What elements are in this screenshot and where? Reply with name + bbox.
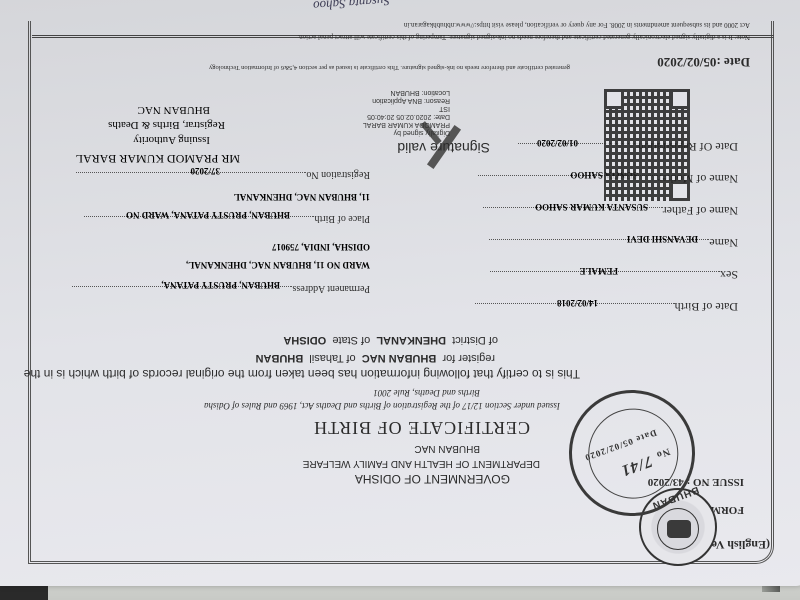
government-heading: GOVERNMENT OF ODISHA bbox=[355, 472, 510, 486]
signature-status: Signature valid bbox=[397, 140, 490, 156]
qr-code[interactable] bbox=[604, 89, 690, 201]
field-registration-no: Registration No 37/2020 bbox=[76, 169, 370, 180]
district-line: of District DHENKANAL of State ODISHA bbox=[283, 334, 498, 346]
department-heading: DEPARTMENT OF HEALTH AND FAMILY WELFARE bbox=[303, 458, 540, 469]
certificate-title: CERTIFICATE OF BIRTH bbox=[313, 417, 530, 438]
registrar-role: Issuing Authority bbox=[133, 134, 210, 146]
field-place-of-birth: Place of Birth BHUBAN, PRUSTY PATANA, WA… bbox=[84, 213, 370, 224]
registrar-name: MR PRAMOD KUMAR BARAL bbox=[76, 151, 240, 166]
signature-meta: Digitally signed by PRAMODA KUMAR BARAL … bbox=[363, 88, 450, 136]
handwritten-signature: Susanta Sahoo bbox=[313, 0, 391, 14]
issued-under-text-2: Births and Deaths, Rule 2001 bbox=[373, 388, 480, 398]
field-name: Name DEVANSHI DEVI bbox=[489, 235, 738, 250]
certificate-sheet: (English Version) FORM NO-7/8 ISSUE NO :… bbox=[0, 0, 800, 586]
note-line-3: Act 2000 and its subsequent amendments i… bbox=[404, 21, 750, 29]
photo-scene: (English Version) FORM NO-7/8 ISSUE NO :… bbox=[0, 0, 800, 600]
registrar-role-2: Registrar, Births & Deaths bbox=[108, 119, 225, 131]
field-dob: Date of Birth 14/02/2018 bbox=[475, 299, 738, 314]
field-father: Name of Father SUSANTA KUMAR SAHOO bbox=[483, 203, 738, 218]
field-sex: Sex FEMALE bbox=[490, 267, 738, 282]
note-line-2: Note: It is a digitally signed electroni… bbox=[297, 33, 750, 41]
note-line-1: generated certificate and therefore need… bbox=[209, 64, 570, 71]
registrar-area: BHUBAN NAC bbox=[138, 104, 210, 116]
issued-under-text: Issued under Section 12/17 of the Regist… bbox=[204, 401, 560, 411]
issue-date: Date :05/02/2020 bbox=[657, 54, 750, 70]
certify-text: This is to certify that following inform… bbox=[24, 367, 580, 381]
register-line: register for BHUBAN NAC of Tahasil BHUBA… bbox=[256, 352, 495, 364]
authority-area: BHUBAN NAC bbox=[414, 443, 480, 454]
field-permanent-address: Permanent Address BHUBAN, PRUSTY PATANA,… bbox=[73, 283, 371, 294]
